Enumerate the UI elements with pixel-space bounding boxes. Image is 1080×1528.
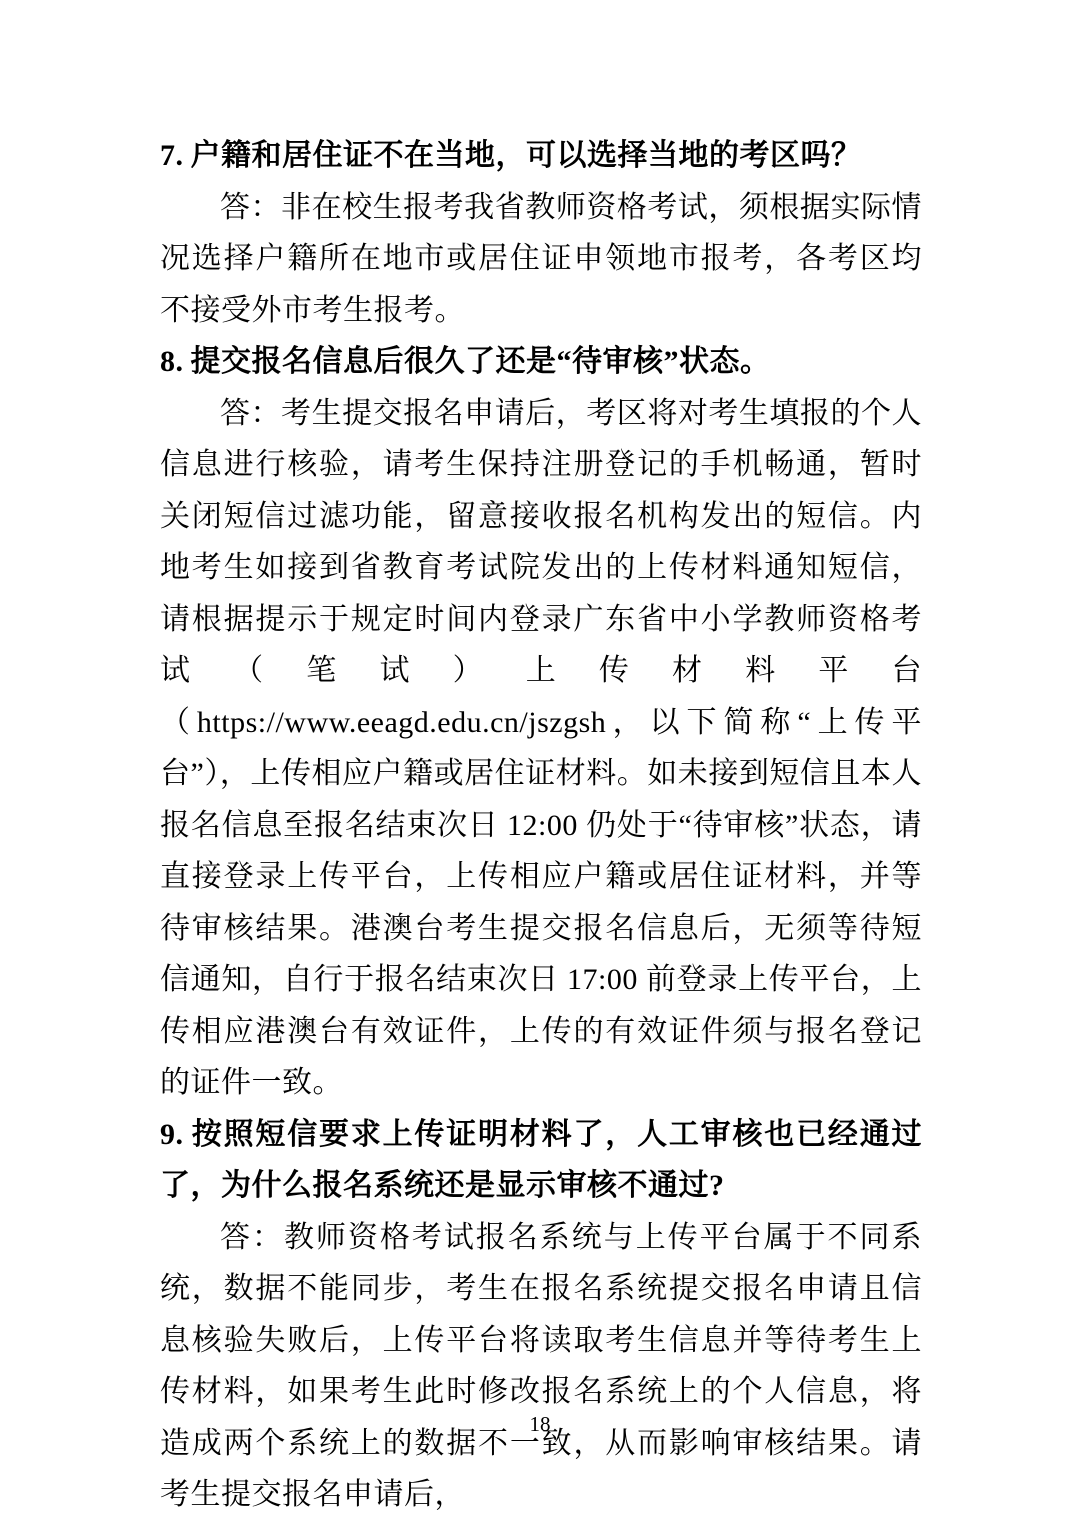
question-text-7: 户籍和居住证不在当地，可以选择当地的考区吗？ xyxy=(191,139,862,172)
faq-section-9: 9.按照短信要求上传证明材料了，人工审核也已经通过了，为什么报名系统还是显示审核… xyxy=(160,1109,922,1521)
page-number: 18 xyxy=(530,1412,551,1436)
question-number-8: 8. xyxy=(160,345,184,378)
question-text-8: 提交报名信息后很久了还是“待审核”状态。 xyxy=(191,345,771,378)
question-heading-8: 8.提交报名信息后很久了还是“待审核”状态。 xyxy=(160,336,922,388)
answer-paragraph-7: 答：非在校生报考我省教师资格考试，须根据实际情况选择户籍所在地市或居住证申领地市… xyxy=(160,182,922,337)
faq-section-7: 7.户籍和居住证不在当地，可以选择当地的考区吗？ 答：非在校生报考我省教师资格考… xyxy=(160,130,922,336)
question-heading-9: 9.按照短信要求上传证明材料了，人工审核也已经通过了，为什么报名系统还是显示审核… xyxy=(160,1109,922,1212)
faq-content: 7.户籍和居住证不在当地，可以选择当地的考区吗？ 答：非在校生报考我省教师资格考… xyxy=(160,130,922,1521)
faq-section-8: 8.提交报名信息后很久了还是“待审核”状态。 答：考生提交报名申请后，考区将对考… xyxy=(160,336,922,1109)
question-number-9: 9. xyxy=(160,1118,184,1151)
page-footer: 18 xyxy=(0,1410,1080,1438)
answer-paragraph-8: 答：考生提交报名申请后，考区将对考生填报的个人信息进行核验，请考生保持注册登记的… xyxy=(160,388,922,1109)
question-heading-7: 7.户籍和居住证不在当地，可以选择当地的考区吗？ xyxy=(160,130,922,182)
question-number-7: 7. xyxy=(160,139,184,172)
question-text-9: 按照短信要求上传证明材料了，人工审核也已经通过了，为什么报名系统还是显示审核不通… xyxy=(160,1118,922,1203)
document-page: 7.户籍和居住证不在当地，可以选择当地的考区吗？ 答：非在校生报考我省教师资格考… xyxy=(0,0,1080,1528)
answer-paragraph-9: 答：教师资格考试报名系统与上传平台属于不同系统，数据不能同步，考生在报名系统提交… xyxy=(160,1212,922,1521)
